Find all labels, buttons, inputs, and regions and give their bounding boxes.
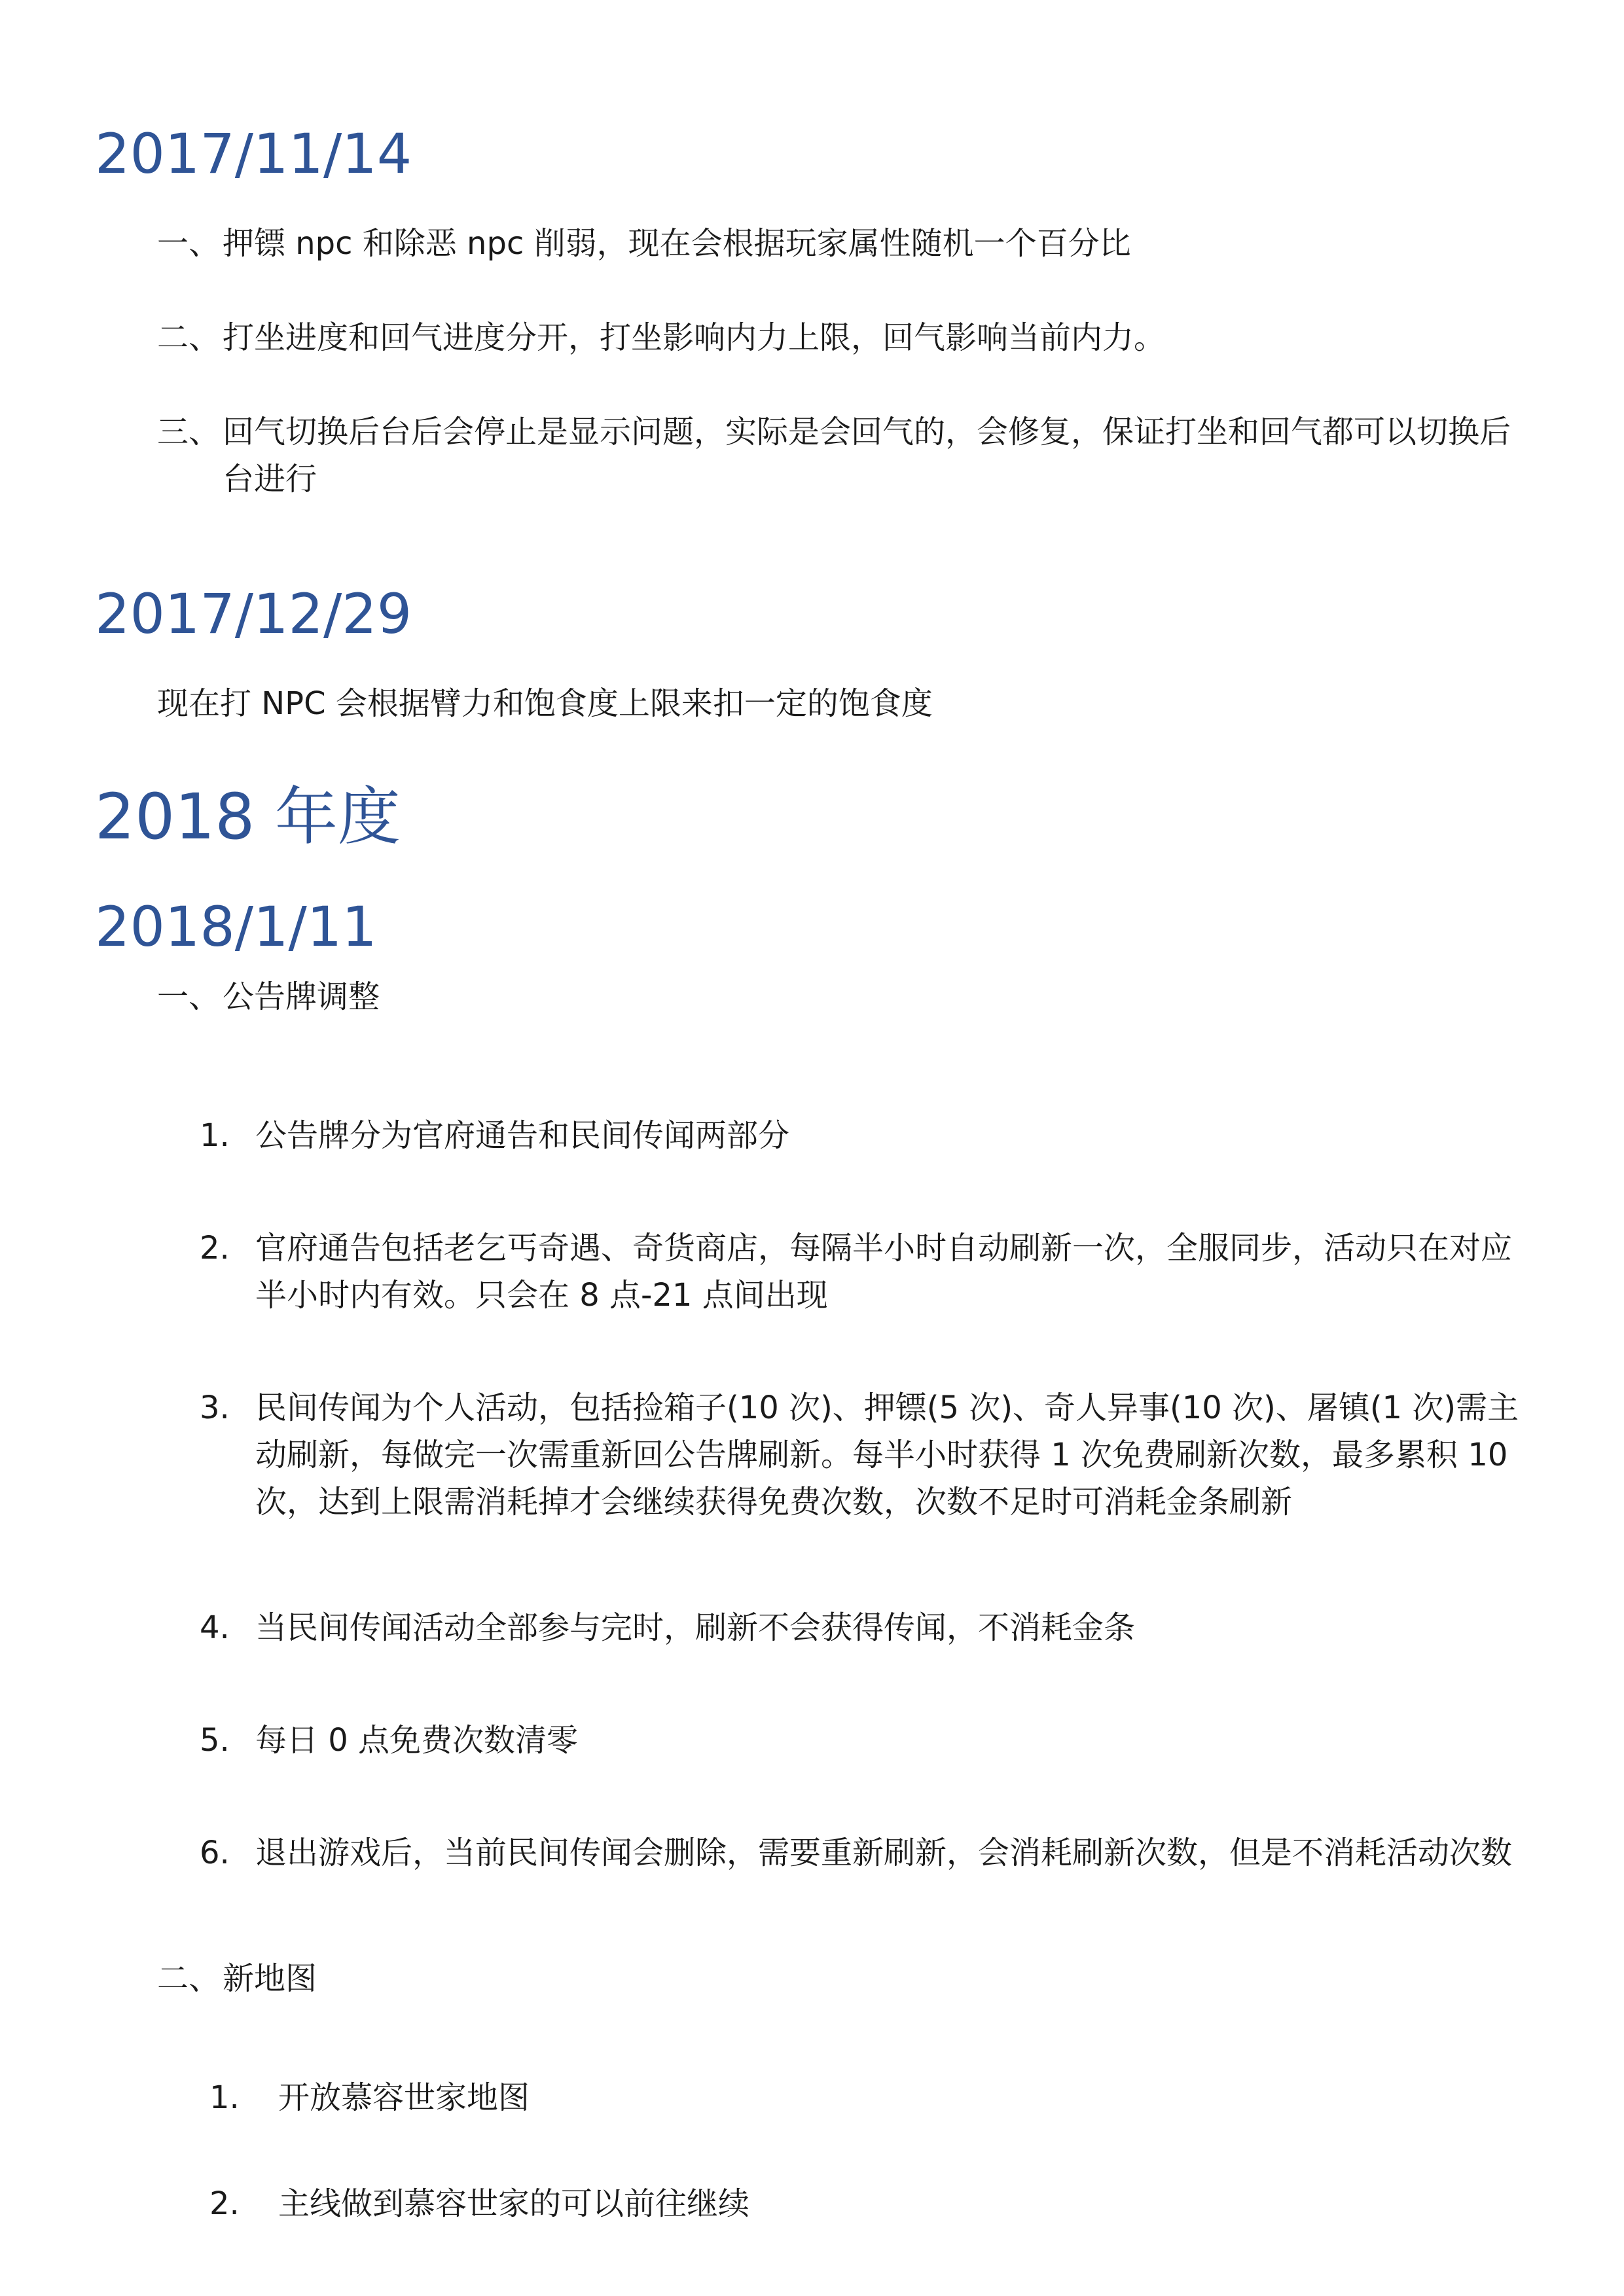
item-number: 1. — [209, 2074, 278, 2121]
item-text: 押镖 npc 和除恶 npc 削弱，现在会根据玩家属性随机一个百分比 — [223, 220, 1529, 267]
item-marker: 一、 — [157, 220, 223, 267]
group-marker: 一、 — [157, 973, 223, 1020]
item-text: 回气切换后台后会停止是显示问题，实际是会回气的，会修复，保证打坐和回气都可以切换… — [223, 408, 1529, 503]
numbered-item: 1. 开放慕容世家地图 — [209, 2074, 1529, 2121]
changelog-item: 三、 回气切换后台后会停止是显示问题，实际是会回气的，会修复，保证打坐和回气都可… — [157, 408, 1529, 503]
date-heading-2017-12-29: 2017/12/29 — [95, 581, 1529, 647]
item-text: 公告牌分为官府通告和民间传闻两部分 — [255, 1112, 1529, 1159]
numbered-item: 5. 每日 0 点免费次数清零 — [200, 1717, 1529, 1764]
group-heading-bulletin-board: 一、 公告牌调整 — [157, 973, 1529, 1020]
item-number: 5. — [200, 1717, 255, 1764]
group-heading-new-map: 二、 新地图 — [157, 1955, 1529, 2002]
numbered-item: 1. 公告牌分为官府通告和民间传闻两部分 — [200, 1112, 1529, 1159]
numbered-item: 3. 民间传闻为个人活动，包括捡箱子(10 次)、押镖(5 次)、奇人异事(10… — [200, 1384, 1529, 1526]
item-number: 6. — [200, 1829, 255, 1876]
document-page: 2017/11/14 一、 押镖 npc 和除恶 npc 削弱，现在会根据玩家属… — [0, 0, 1624, 2296]
item-text: 民间传闻为个人活动，包括捡箱子(10 次)、押镖(5 次)、奇人异事(10 次)… — [255, 1384, 1529, 1526]
section-2018-1-11: 2018/1/11 一、 公告牌调整 1. 公告牌分为官府通告和民间传闻两部分 … — [95, 894, 1529, 2227]
item-text: 官府通告包括老乞丐奇遇、奇货商店，每隔半小时自动刷新一次，全服同步，活动只在对应… — [255, 1225, 1529, 1319]
numbered-item: 2. 主线做到慕容世家的可以前往继续 — [209, 2180, 1529, 2227]
changelog-paragraph: 现在打 NPC 会根据臂力和饱食度上限来扣一定的饱食度 — [157, 680, 1529, 727]
item-text: 退出游戏后，当前民间传闻会删除，需要重新刷新，会消耗刷新次数，但是不消耗活动次数 — [255, 1829, 1529, 1876]
date-heading-2017-11-14: 2017/11/14 — [95, 121, 1529, 187]
item-number: 2. — [209, 2180, 278, 2227]
group-title: 新地图 — [223, 1955, 1529, 2002]
group-marker: 二、 — [157, 1955, 223, 2002]
item-marker: 三、 — [157, 408, 223, 503]
changelog-item: 一、 押镖 npc 和除恶 npc 削弱，现在会根据玩家属性随机一个百分比 — [157, 220, 1529, 267]
item-text: 当民间传闻活动全部参与完时，刷新不会获得传闻，不消耗金条 — [255, 1604, 1529, 1651]
changelog-item: 二、 打坐进度和回气进度分开，打坐影响内力上限，回气影响当前内力。 — [157, 314, 1529, 361]
date-heading-2018-1-11: 2018/1/11 — [95, 894, 1529, 960]
item-number: 4. — [200, 1604, 255, 1651]
item-text: 打坐进度和回气进度分开，打坐影响内力上限，回气影响当前内力。 — [223, 314, 1529, 361]
item-marker: 二、 — [157, 314, 223, 361]
item-text: 开放慕容世家地图 — [278, 2074, 1529, 2121]
group-title: 公告牌调整 — [223, 973, 1529, 1020]
section-2017-11-14: 2017/11/14 一、 押镖 npc 和除恶 npc 削弱，现在会根据玩家属… — [95, 121, 1529, 503]
numbered-item: 4. 当民间传闻活动全部参与完时，刷新不会获得传闻，不消耗金条 — [200, 1604, 1529, 1651]
item-number: 1. — [200, 1112, 255, 1159]
item-text: 主线做到慕容世家的可以前往继续 — [278, 2180, 1529, 2227]
year-heading-2018: 2018 年度 — [95, 780, 1529, 855]
numbered-item: 6. 退出游戏后，当前民间传闻会删除，需要重新刷新，会消耗刷新次数，但是不消耗活… — [200, 1829, 1529, 1876]
item-text: 每日 0 点免费次数清零 — [255, 1717, 1529, 1764]
item-number: 3. — [200, 1384, 255, 1526]
item-number: 2. — [200, 1225, 255, 1319]
section-2017-12-29: 2017/12/29 现在打 NPC 会根据臂力和饱食度上限来扣一定的饱食度 — [95, 581, 1529, 727]
numbered-item: 2. 官府通告包括老乞丐奇遇、奇货商店，每隔半小时自动刷新一次，全服同步，活动只… — [200, 1225, 1529, 1319]
